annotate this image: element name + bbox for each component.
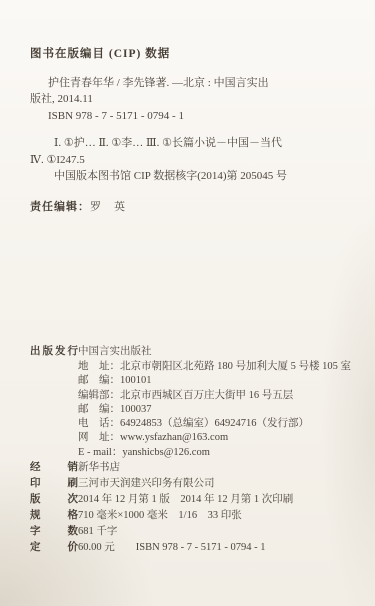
colophon-row: 规格 710 毫米×1000 毫米 1/16 33 印张 bbox=[30, 508, 365, 524]
colophon-row-value: 100037 bbox=[120, 403, 152, 417]
colophon-block: 出版发行 中国言实出版社 地 址： 北京市朝阳区北苑路 180 号加利大厦 5 … bbox=[30, 344, 365, 556]
colophon-row: 网 址： www.ysfazhan@163.com bbox=[30, 431, 365, 445]
colophon-row: 定价 60.00 元 ISBN 978 - 7 - 5171 - 0794 - … bbox=[30, 540, 365, 556]
colophon-row-label: 地 址： bbox=[78, 360, 120, 374]
cip-heading: 图书在版编目 (CIP) 数据 bbox=[30, 46, 357, 63]
colophon-row-label: 定价 bbox=[30, 540, 78, 556]
colophon-row-label: 印刷 bbox=[30, 476, 78, 492]
colophon-row-label: 邮 编： bbox=[78, 403, 120, 417]
colophon-row: 邮 编： 100101 bbox=[30, 374, 365, 388]
cip-line: 版社, 2014.11 bbox=[30, 91, 357, 108]
colophon-row-value: 710 毫米×1000 毫米 1/16 33 印张 bbox=[78, 508, 242, 524]
colophon-row-label: 经销 bbox=[30, 460, 78, 476]
colophon-row-label: 版次 bbox=[30, 492, 78, 508]
colophon-row: 地 址： 北京市朝阳区北苑路 180 号加利大厦 5 号楼 105 室 bbox=[30, 360, 365, 374]
editor-label: 责任编辑： bbox=[30, 201, 90, 213]
colophon-row: 编辑部： 北京市西城区百万庄大街甲 16 号五层 bbox=[30, 389, 365, 403]
cip-line: Ⅰ. ①护… Ⅱ. ①李… Ⅲ. ①长篇小说－中国－当代 bbox=[30, 135, 357, 152]
cip-line: ISBN 978 - 7 - 5171 - 0794 - 1 bbox=[30, 108, 357, 125]
cip-block: 图书在版编目 (CIP) 数据 护住青春年华 / 李先锋著. —北京 : 中国言… bbox=[30, 46, 357, 185]
colophon-row-label: 字数 bbox=[30, 524, 78, 540]
colophon-row-value: 北京市西城区百万庄大街甲 16 号五层 bbox=[120, 389, 293, 403]
editor-row: 责任编辑：罗 英 bbox=[30, 200, 126, 214]
colophon-row-label: 邮 编： bbox=[78, 374, 120, 388]
colophon-row-label: 网 址： bbox=[78, 431, 120, 445]
colophon-row-value: 64924853（总编室）64924716（发行部） bbox=[120, 417, 309, 431]
editor-name: 罗 英 bbox=[90, 201, 126, 213]
colophon-row-label: 编辑部： bbox=[78, 389, 120, 403]
colophon-row-value: yanshicbs@126.com bbox=[122, 446, 210, 460]
colophon-row: 出版发行 中国言实出版社 bbox=[30, 344, 365, 360]
colophon-row-label: E - mail： bbox=[78, 446, 122, 460]
colophon-row-label: 出版发行 bbox=[30, 344, 78, 360]
colophon-row-value: 中国言实出版社 bbox=[78, 344, 152, 360]
colophon-row: 字数 681 千字 bbox=[30, 524, 365, 540]
colophon-row-value: 新华书店 bbox=[78, 460, 120, 476]
colophon-row-value: 2014 年 12 月第 1 版 2014 年 12 月第 1 次印刷 bbox=[78, 492, 293, 508]
colophon-row-value: www.ysfazhan@163.com bbox=[120, 431, 228, 445]
colophon-row: 电 话： 64924853（总编室）64924716（发行部） bbox=[30, 417, 365, 431]
colophon-row-value: 北京市朝阳区北苑路 180 号加利大厦 5 号楼 105 室 bbox=[120, 360, 351, 374]
cip-lines: 护住青春年华 / 李先锋著. —北京 : 中国言实出版社, 2014.11ISB… bbox=[30, 75, 357, 185]
colophon-row: 邮 编： 100037 bbox=[30, 403, 365, 417]
colophon-row: 版次 2014 年 12 月第 1 版 2014 年 12 月第 1 次印刷 bbox=[30, 492, 365, 508]
cip-line: 护住青春年华 / 李先锋著. —北京 : 中国言实出 bbox=[30, 75, 357, 92]
colophon-row-value: 100101 bbox=[120, 374, 152, 388]
colophon-row-value: 60.00 元 ISBN 978 - 7 - 5171 - 0794 - 1 bbox=[78, 540, 266, 556]
cip-line: Ⅳ. ①I247.5 bbox=[30, 152, 357, 169]
colophon-row: E - mail： yanshicbs@126.com bbox=[30, 446, 365, 460]
colophon-row-label: 规格 bbox=[30, 508, 78, 524]
cip-line: 中国版本图书馆 CIP 数据核字(2014)第 205045 号 bbox=[30, 168, 357, 185]
colophon-row-label: 电 话： bbox=[78, 417, 120, 431]
copyright-page: 图书在版编目 (CIP) 数据 护住青春年华 / 李先锋著. —北京 : 中国言… bbox=[0, 0, 375, 606]
colophon-row-value: 三河市天润建兴印务有限公司 bbox=[78, 476, 215, 492]
colophon-row-value: 681 千字 bbox=[78, 524, 117, 540]
colophon-row: 印刷 三河市天润建兴印务有限公司 bbox=[30, 476, 365, 492]
colophon-row: 经销 新华书店 bbox=[30, 460, 365, 476]
